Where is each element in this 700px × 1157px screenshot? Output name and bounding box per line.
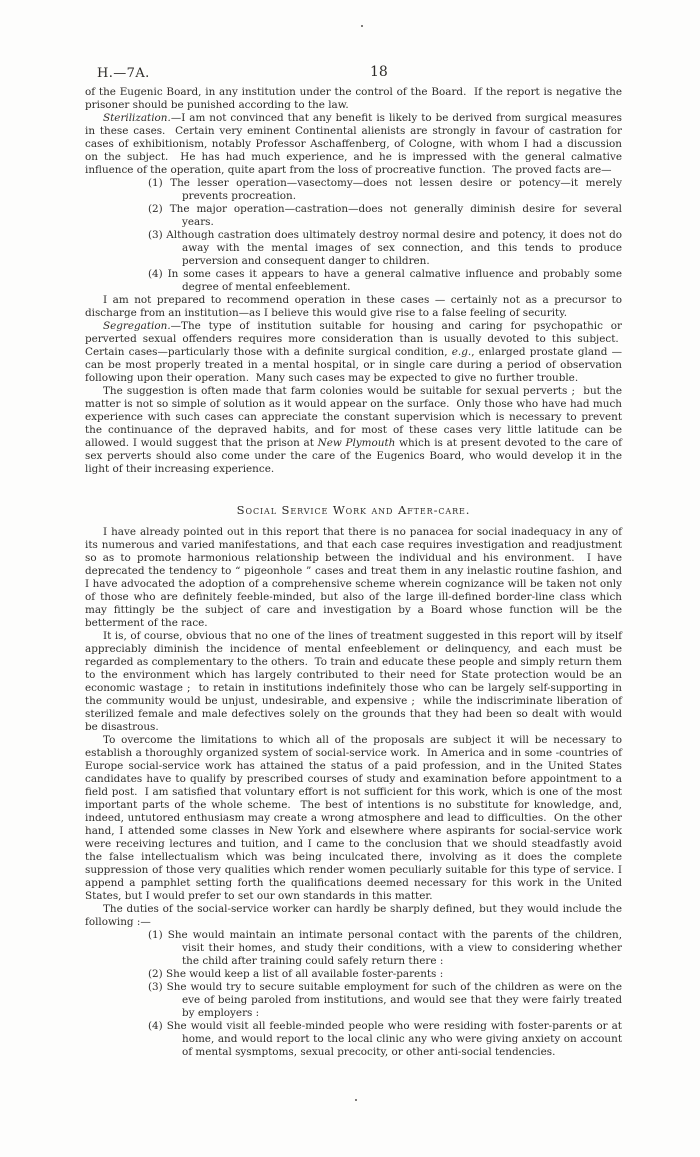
body-text: The major operation—castration—does not … — [170, 203, 622, 228]
paragraph: I am not prepared to recommend operation… — [85, 294, 622, 320]
list-item: (2) The major operation—castration—does … — [182, 203, 622, 229]
list-item: (4) In some cases it appears to have a g… — [182, 268, 622, 294]
body-text: I have already pointed out in this repor… — [85, 526, 622, 629]
list-item: (3) She would try to secure suitable emp… — [182, 981, 622, 1020]
ink-speck — [355, 1099, 357, 1101]
document-page: H.—7A. 18 of the Eugenic Board, in any i… — [0, 0, 700, 1157]
report-series-label: H.—7A. — [97, 66, 150, 81]
italic-text: Segregation. — [103, 320, 171, 332]
list-item: (1) She would maintain an intimate perso… — [182, 929, 622, 968]
paragraph: To overcome the limitations to which all… — [85, 734, 622, 903]
body-text: Although castration does ultimately dest… — [166, 229, 622, 267]
list-marker: (3) — [148, 981, 167, 993]
italic-text: New Plymouth — [318, 437, 396, 449]
body-text: She would keep a list of all available f… — [166, 968, 443, 980]
body-text: She would visit all feeble-minded people… — [167, 1020, 622, 1058]
list-item: (3) Although castration does ultimately … — [182, 229, 622, 268]
body-text: I am not prepared to recommend operation… — [85, 294, 622, 319]
paragraph: Sterilization.—I am not convinced that a… — [85, 112, 622, 177]
list-item: (4) She would visit all feeble-minded pe… — [182, 1020, 622, 1059]
body-text: To overcome the limitations to which all… — [85, 734, 622, 902]
paragraph: I have already pointed out in this repor… — [85, 526, 622, 630]
section-heading: Social Service Work and After-care. — [85, 503, 622, 517]
body-text: It is, of course, obvious that no one of… — [85, 630, 622, 733]
numbered-list: (1) She would maintain an intimate perso… — [85, 929, 622, 1059]
list-marker: (4) — [148, 268, 168, 280]
body-text: She would try to secure suitable employm… — [167, 981, 622, 1019]
italic-text: e.g. — [452, 346, 471, 358]
paragraph: The suggestion is often made that farm c… — [85, 385, 622, 476]
numbered-list: (1) The lesser operation—vasectomy—does … — [85, 177, 622, 294]
list-marker: (2) — [148, 968, 166, 980]
page-number: 18 — [370, 64, 388, 80]
list-marker: (1) — [148, 177, 170, 189]
paragraph: Segregation.—The type of institution sui… — [85, 320, 622, 385]
list-marker: (3) — [148, 229, 166, 241]
list-item: (2) She would keep a list of all availab… — [182, 968, 622, 981]
document-body: of the Eugenic Board, in any institution… — [85, 86, 622, 1059]
paragraph: of the Eugenic Board, in any institution… — [85, 86, 622, 112]
body-text: She would maintain an intimate personal … — [168, 929, 622, 967]
paragraph: It is, of course, obvious that no one of… — [85, 630, 622, 734]
body-text: of the Eugenic Board, in any institution… — [85, 86, 622, 111]
italic-text: Sterilization. — [103, 112, 171, 124]
body-text: The lesser operation—vasectomy—does not … — [170, 177, 622, 202]
list-marker: (2) — [148, 203, 170, 215]
list-marker: (1) — [148, 929, 168, 941]
list-marker: (4) — [148, 1020, 167, 1032]
list-item: (1) The lesser operation—vasectomy—does … — [182, 177, 622, 203]
paragraph: The duties of the social-service worker … — [85, 903, 622, 929]
body-text: In some cases it appears to have a gener… — [168, 268, 622, 293]
ink-speck — [361, 25, 363, 27]
body-text: The duties of the social-service worker … — [85, 903, 622, 928]
